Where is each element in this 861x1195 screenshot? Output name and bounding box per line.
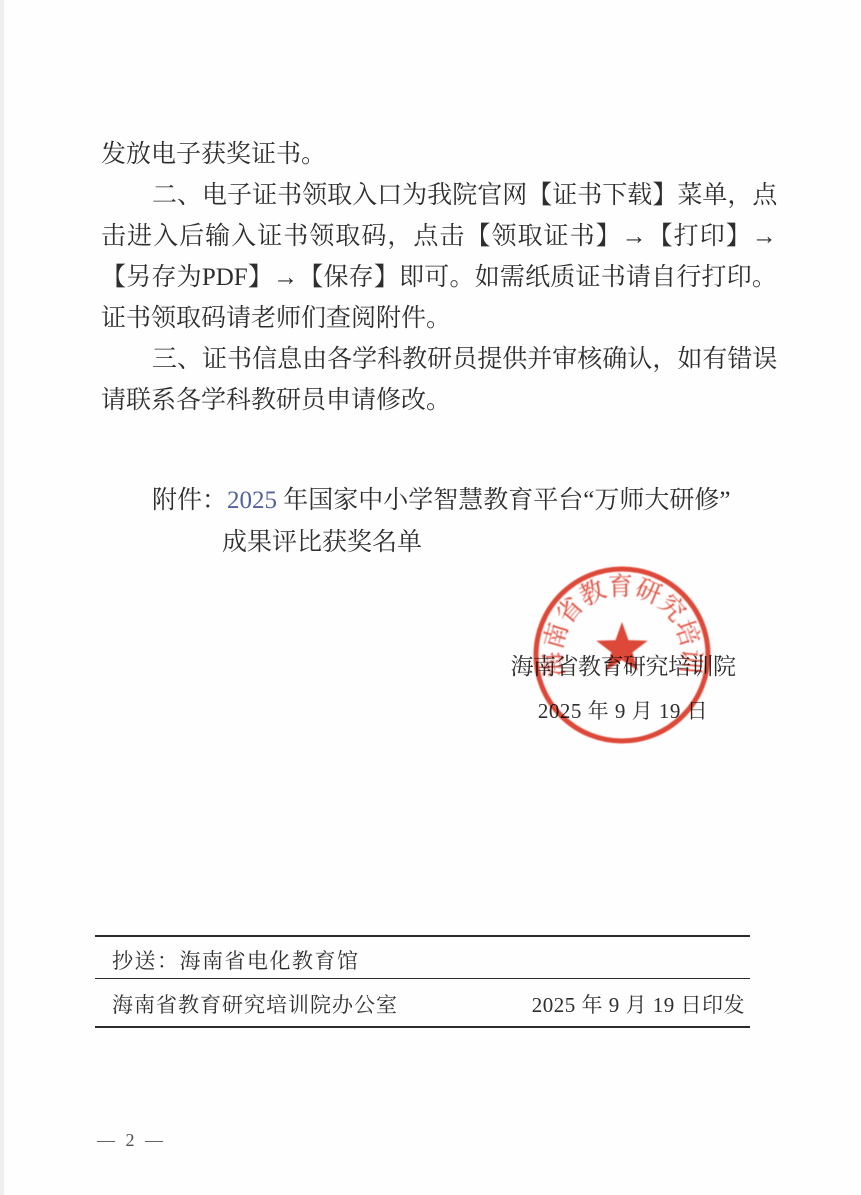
footer-middle-rule bbox=[95, 978, 750, 979]
attachment-block: 附件：2025 年国家中小学智慧教育平台“万师大研修” 成果评比获奖名单 bbox=[152, 480, 730, 564]
footer-top-rule bbox=[95, 935, 750, 937]
issuing-office: 海南省教育研究培训院办公室 bbox=[112, 991, 398, 1019]
body-line: 【另存为PDF】→【保存】即可。如需纸质证书请自行打印。 bbox=[101, 257, 777, 298]
footer-bottom-rule bbox=[95, 1026, 750, 1028]
footer-cc-line: 抄送：海南省电化教育馆 bbox=[112, 947, 360, 975]
official-seal: 海南省教育研究培训院 bbox=[527, 562, 717, 752]
body-line: 请联系各学科教研员申请修改。 bbox=[101, 380, 777, 421]
page-number: — 2 — bbox=[97, 1130, 166, 1151]
scan-edge-artifact bbox=[0, 0, 4, 1195]
seal-star-icon bbox=[596, 622, 647, 671]
body-text-block: 发放电子获奖证书。 二、电子证书领取入口为我院官网【证书下载】菜单，点 击进入后… bbox=[101, 134, 777, 421]
attachment-year: 2025 bbox=[227, 487, 277, 514]
body-line: 击进入后输入证书领取码，点击【领取证书】→【打印】→ bbox=[101, 216, 777, 257]
body-line: 二、电子证书领取入口为我院官网【证书下载】菜单，点 bbox=[101, 175, 777, 216]
body-line: 发放电子获奖证书。 bbox=[101, 134, 777, 175]
body-line: 证书领取码请老师们查阅附件。 bbox=[101, 298, 777, 339]
body-line: 三、证书信息由各学科教研员提供并审核确认，如有错误 bbox=[101, 339, 777, 380]
attachment-line-1: 附件：2025 年国家中小学智慧教育平台“万师大研修” bbox=[152, 480, 730, 522]
attachment-label: 附件： bbox=[152, 487, 227, 514]
document-page: 发放电子获奖证书。 二、电子证书领取入口为我院官网【证书下载】菜单，点 击进入后… bbox=[0, 0, 861, 1195]
footer-issue-row: 海南省教育研究培训院办公室 2025 年 9 月 19 日印发 bbox=[112, 991, 745, 1019]
print-date: 2025 年 9 月 19 日印发 bbox=[532, 991, 745, 1019]
attachment-line-2: 成果评比获奖名单 bbox=[152, 522, 730, 564]
attachment-title: 年国家中小学智慧教育平台“万师大研修” bbox=[277, 487, 730, 514]
